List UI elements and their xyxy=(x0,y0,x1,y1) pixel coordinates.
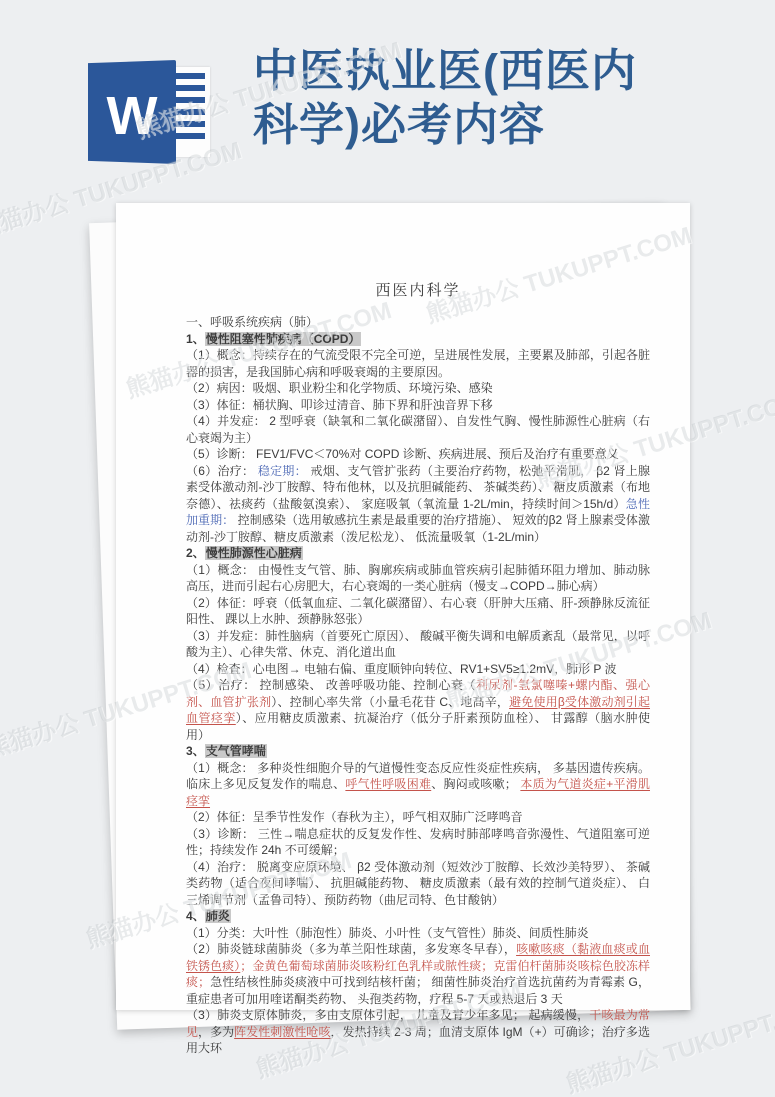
doc-paragraph: （4）并发症： 2 型呼衰（缺氧和二氧化碳潴留）、自发性气胸、慢性肺源性心脏病（… xyxy=(186,413,650,446)
doc-paragraph: （4）检查：心电图→ 电轴右偏、重度顺钟向转位、RV1+SV5≥1.2mV，肺形… xyxy=(186,661,650,678)
doc-text-blue: 稳定期： xyxy=(258,464,307,478)
doc-text: （4）检查：心电图→ 电轴右偏、重度顺钟向转位、RV1+SV5≥1.2mV，肺形… xyxy=(186,662,617,676)
doc-paragraph: （6）治疗： 稳定期： 戒烟、支气管扩张药（主要治疗药物，松弛平滑肌， β2 肾… xyxy=(186,463,650,546)
doc-text-redu: 呼气性呼吸困难 xyxy=(345,777,431,791)
file-title: 中医执业医(西医内科学)必考内容 xyxy=(253,44,673,152)
doc-heading: 1、慢性阻塞性肺疾病（COPD） xyxy=(186,331,650,348)
doc-text: （4）治疗： 脱离变应原环境、 β2 受体激动剂（短效沙丁胺醇、长效沙美特罗）、… xyxy=(186,860,650,907)
doc-heading: 3、支气管哮喘 xyxy=(186,743,650,760)
doc-heading: 2、慢性肺源性心脏病 xyxy=(186,545,650,562)
doc-body: 一、呼吸系统疾病（肺）1、慢性阻塞性肺疾病（COPD）（1）概念：持续存在的气流… xyxy=(186,314,650,1057)
doc-text: （3）并发症：肺性脑病（首要死亡原因）、 酸碱平衡失调和电解质紊乱（最常见，以呼… xyxy=(186,629,650,660)
doc-paragraph: （3）体征：桶状胸、叩诊过清音、肺下界和肝浊音界下移 xyxy=(186,397,650,414)
document-page: 西医内科学 一、呼吸系统疾病（肺）1、慢性阻塞性肺疾病（COPD）（1）概念：持… xyxy=(116,203,690,1010)
doc-paragraph: （3）诊断： 三性→喘息症状的反复发作性、发病时肺部哮鸣音弥漫性、气道阻塞可逆性… xyxy=(186,826,650,859)
doc-text: （1）概念： 由慢性支气管、肺、胸廓疾病或肺血管疾病引起肺循环阻力增加、肺动脉高… xyxy=(186,563,650,594)
doc-text: 2、 xyxy=(186,546,205,560)
doc-text-red: ； xyxy=(240,959,252,973)
doc-paragraph: （2）体征：呈季节性发作（春秋为主），呼气相双肺广泛哮鸣音 xyxy=(186,809,650,826)
doc-paragraph: （4）治疗： 脱离变应原环境、 β2 受体激动剂（短效沙丁胺醇、长效沙美特罗）、… xyxy=(186,859,650,909)
word-logo-panel-icon: W xyxy=(88,60,176,164)
doc-paragraph: （5）治疗： 控制感染、 改善呼吸功能、控制心衰（利尿剂-氢氯噻嗪+螺内酯、强心… xyxy=(186,677,650,743)
doc-paragraph: （1）概念：持续存在的气流受限不完全可逆，呈进展性发展，主要累及肺部，引起各脏器… xyxy=(186,347,650,380)
doc-text: 一、呼吸系统疾病（肺） xyxy=(186,315,318,329)
doc-paragraph: 一、呼吸系统疾病（肺） xyxy=(186,314,650,331)
doc-paragraph: （2）肺炎链球菌肺炎（多为革兰阳性球菌，多发寒冬早春），咳嗽咳痰（黏液血痰或血铁… xyxy=(186,941,650,1007)
doc-text: （4）并发症： 2 型呼衰（缺氧和二氧化碳潴留）、自发性气胸、慢性肺源性心脏病（… xyxy=(186,414,650,445)
doc-heading: 4、肺炎 xyxy=(186,908,650,925)
doc-text: （5）诊断： FEV1/FVC＜70%对 COPD 诊断、疾病进展、预后及治疗有… xyxy=(186,447,619,461)
doc-paragraph: （3）肺炎支原体肺炎，多由支原体引起， 儿童及青少年多见； 起病缓慢，干咳最为常… xyxy=(186,1007,650,1057)
doc-text: 急性结核性肺炎痰液中可找到结核杆菌； 细菌性肺炎治疗首选抗菌药为青霉素 G，重症… xyxy=(186,975,650,1006)
doc-text: （1）分类：大叶性（肺泡性）肺炎、小叶性（支气管性）肺炎、间质性肺炎 xyxy=(186,926,589,940)
doc-paragraph: （1）概念： 由慢性支气管、肺、胸廓疾病或肺血管疾病引起肺循环阻力增加、肺动脉高… xyxy=(186,562,650,595)
doc-text: 1、 xyxy=(186,332,205,346)
doc-text-redu: 阵发性刺激性呛咳 xyxy=(234,1025,330,1039)
doc-text-hl: 支气管哮喘 xyxy=(205,744,267,758)
doc-text: （5）治疗： 控制感染、 改善呼吸功能、控制心衰（ xyxy=(186,678,476,692)
document-title: 西医内科学 xyxy=(186,279,650,300)
doc-text-hl: 慢性肺源性心脏病 xyxy=(205,546,303,560)
doc-text: （3）肺炎支原体肺炎，多由支原体引起， 儿童及青少年多见； 起病缓慢， xyxy=(186,1008,589,1022)
doc-text: ）、应用糖皮质激素、抗凝治疗（低分子肝素预防血栓）、 甘露醇（脑水肿使用） xyxy=(186,711,650,742)
doc-text: （6）治疗： xyxy=(186,464,258,478)
doc-text: （2）体征：呼衰（低氧血症、二氧化碳潴留）、右心衰（肝肿大压痛、肝-颈静脉反流征… xyxy=(186,596,650,627)
doc-paragraph: （2）病因：吸烟、职业粉尘和化学物质、环境污染、感染 xyxy=(186,380,650,397)
preview-header: W 中医执业医(西医内科学)必考内容 xyxy=(0,0,775,180)
doc-text: 4、 xyxy=(186,909,205,923)
doc-text: （3）诊断： 三性→喘息症状的反复发作性、发病时肺部哮鸣音弥漫性、气道阻塞可逆性… xyxy=(186,827,650,858)
doc-text: 3、 xyxy=(186,744,205,758)
doc-text: （3）体征：桶状胸、叩诊过清音、肺下界和肝浊音界下移 xyxy=(186,398,493,412)
doc-text: ，多为 xyxy=(198,1025,234,1039)
doc-text: （1）概念：持续存在的气流受限不完全可逆，呈进展性发展，主要累及肺部，引起各脏器… xyxy=(186,348,650,379)
doc-paragraph: （3）并发症：肺性脑病（首要死亡原因）、 酸碱平衡失调和电解质紊乱（最常见，以呼… xyxy=(186,628,650,661)
doc-text: 控制感染（选用敏感抗生素是最重要的治疗措施）、 短效的β2 肾上腺素受体激动剂-… xyxy=(186,513,650,544)
doc-text: （2）病因：吸烟、职业粉尘和化学物质、环境污染、感染 xyxy=(186,381,493,395)
doc-paragraph: （2）体征：呼衰（低氧血症、二氧化碳潴留）、右心衰（肝肿大压痛、肝-颈静脉反流征… xyxy=(186,595,650,628)
doc-text: ）、控制心率失常（小量毛花苷 C、地高辛， xyxy=(271,695,509,709)
doc-text-hl: 慢性阻塞性肺疾病（COPD） xyxy=(205,332,362,346)
doc-paragraph: （1）分类：大叶性（肺泡性）肺炎、小叶性（支气管性）肺炎、间质性肺炎 xyxy=(186,925,650,942)
doc-paragraph: （1）概念： 多种炎性细胞介导的气道慢性变态反应性炎症性疾病， 多基因遗传疾病。… xyxy=(186,760,650,810)
word-file-icon: W xyxy=(88,60,210,164)
doc-paragraph: （5）诊断： FEV1/FVC＜70%对 COPD 诊断、疾病进展、预后及治疗有… xyxy=(186,446,650,463)
doc-text: 、胸闷或咳嗽； xyxy=(431,777,520,791)
doc-text: （2）体征：呈季节性发作（春秋为主），呼气相双肺广泛哮鸣音 xyxy=(186,810,523,824)
doc-text: （2）肺炎链球菌肺炎（多为革兰阳性球菌，多发寒冬早春）， xyxy=(186,942,516,956)
word-logo-letter: W xyxy=(107,89,158,143)
doc-text-hl: 肺炎 xyxy=(205,909,231,923)
